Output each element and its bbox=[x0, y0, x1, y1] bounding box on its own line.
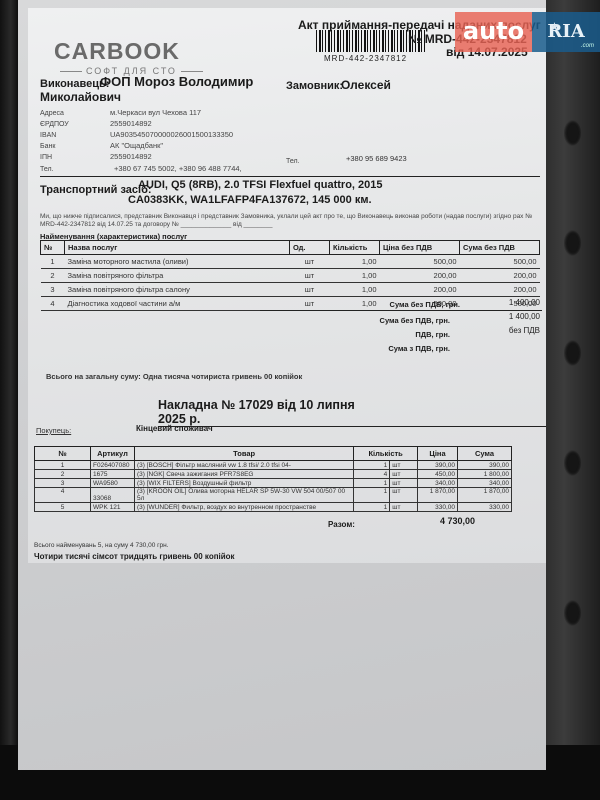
invoice-title: Накладна № 17029 від 10 липня 2025 р. bbox=[158, 398, 546, 427]
agreement-text: Ми, що нижче підписалися, представник Ви… bbox=[40, 213, 540, 229]
barcode-text: MRD-442-2347812 bbox=[324, 54, 407, 63]
services-total-words: Всього на загальну суму: Одна тисяча чот… bbox=[46, 372, 302, 381]
col-num: № bbox=[41, 241, 65, 255]
subtotal-value: 1 400,00 bbox=[460, 298, 540, 307]
executor-detail-row: ЄРДПОУ2559014892 bbox=[40, 119, 152, 128]
punch-hole bbox=[564, 600, 582, 626]
invoice-total-value: 4 730,00 bbox=[440, 516, 475, 526]
invoice-count-text: Всього найменувань 5, на суму 4 730,00 г… bbox=[34, 542, 169, 549]
vehicle-plate-vin: CA0383KK, WA1LFAFP4FA137672, 145 000 км. bbox=[128, 194, 372, 206]
punch-hole bbox=[564, 120, 582, 146]
punch-hole bbox=[564, 230, 582, 256]
col-name: Назва послуг bbox=[65, 241, 290, 255]
binder-left-edge bbox=[0, 0, 18, 800]
vat-label: ПДВ, грн. bbox=[250, 330, 450, 339]
col-product: Товар bbox=[135, 447, 354, 461]
total-vat-label: Сума з ПДВ, грн. bbox=[250, 344, 450, 353]
customer-name: Олексей bbox=[341, 78, 391, 92]
col-unit: Од. bbox=[290, 241, 330, 255]
table-row: 2 Заміна повітряного фільтра шт 1,00 200… bbox=[41, 269, 540, 283]
col-qty: Кількість bbox=[330, 241, 380, 255]
table-row: 1 F026407080 (3) [BOSCH] Фільтр масляний… bbox=[35, 461, 512, 470]
autoria-watermark: auto ★ RIA .com bbox=[455, 12, 600, 52]
executor-detail-row: Адресам.Черкаси вул Чехова 117 bbox=[40, 108, 201, 117]
executor-detail-row: Тел.+380 67 745 5002, +380 96 488 7744, bbox=[40, 164, 242, 173]
col-num: № bbox=[35, 447, 91, 461]
table-row: 3 WA9580 (3) [WIX FILTERS] Воздушный фил… bbox=[35, 479, 512, 488]
table-row: 4 33068 (3) [KROON OIL] Олива моторна HE… bbox=[35, 488, 512, 503]
punch-hole bbox=[564, 450, 582, 476]
customer-label: Замовник: bbox=[286, 80, 343, 92]
executor-detail-row: IBANUA903545070000026001500133350 bbox=[40, 130, 233, 139]
binder-ring-strip bbox=[540, 0, 600, 800]
divider bbox=[40, 176, 540, 177]
carbook-logo: CARBOOK bbox=[54, 38, 180, 65]
divider bbox=[260, 310, 542, 311]
subtotal-label: Сума без ПДВ, грн. bbox=[260, 300, 460, 309]
table-row: 5 WPK 121 (3) [WUNDER] Фильтр, воздух во… bbox=[35, 503, 512, 512]
col-sum: Сума bbox=[458, 447, 512, 461]
buyer-label: Покупець: bbox=[36, 426, 71, 435]
customer-tel-label: Тел. bbox=[286, 158, 300, 165]
invoice-total-words: Чотири тисячі сімсот тридцять гривень 00… bbox=[34, 552, 235, 561]
col-sum: Сума без ПДВ bbox=[460, 241, 540, 255]
customer-tel: +380 95 689 9423 bbox=[346, 154, 407, 163]
table-row: 2 1675 (3) [NGK] Свеча зажигания PFR7S8E… bbox=[35, 470, 512, 479]
punch-hole bbox=[564, 340, 582, 366]
invoice-table: № Артикул Товар Кількість Ціна Сума 1 F0… bbox=[34, 446, 512, 512]
executor-name: ФОП Мороз Володимир bbox=[100, 74, 253, 89]
total-no-vat-label: Сума без ПДВ, грн. bbox=[250, 316, 450, 325]
document-page: CARBOOK СОФТ ДЛЯ СТО Акт приймання-перед… bbox=[28, 8, 546, 563]
col-article: Артикул bbox=[91, 447, 135, 461]
executor-name-cont: Миколайович bbox=[40, 90, 121, 104]
vat-value: без ПДВ bbox=[460, 326, 540, 335]
vehicle-model: AUDI, Q5 (8RB), 2.0 TFSI Flexfuel quattr… bbox=[138, 179, 383, 191]
buyer-name: Кінцевий споживач bbox=[136, 424, 213, 433]
table-row: 3 Заміна повітряного фільтра салону шт 1… bbox=[41, 283, 540, 297]
col-price: Ціна без ПДВ bbox=[380, 241, 460, 255]
invoice-total-label: Разом: bbox=[328, 520, 355, 529]
executor-detail-row: БанкАК "Ощадбанк" bbox=[40, 141, 163, 150]
watermark-auto: auto bbox=[455, 12, 532, 52]
executor-detail-row: ІПН2559014892 bbox=[40, 152, 152, 161]
total-no-vat-value: 1 400,00 bbox=[460, 312, 540, 321]
watermark-ria: ★ RIA .com bbox=[532, 12, 600, 52]
col-price: Ціна bbox=[418, 447, 458, 461]
star-icon: ★ bbox=[550, 8, 559, 48]
table-row: 1 Заміна моторного мастила (оливи) шт 1,… bbox=[41, 255, 540, 269]
col-qty: Кількість bbox=[354, 447, 418, 461]
